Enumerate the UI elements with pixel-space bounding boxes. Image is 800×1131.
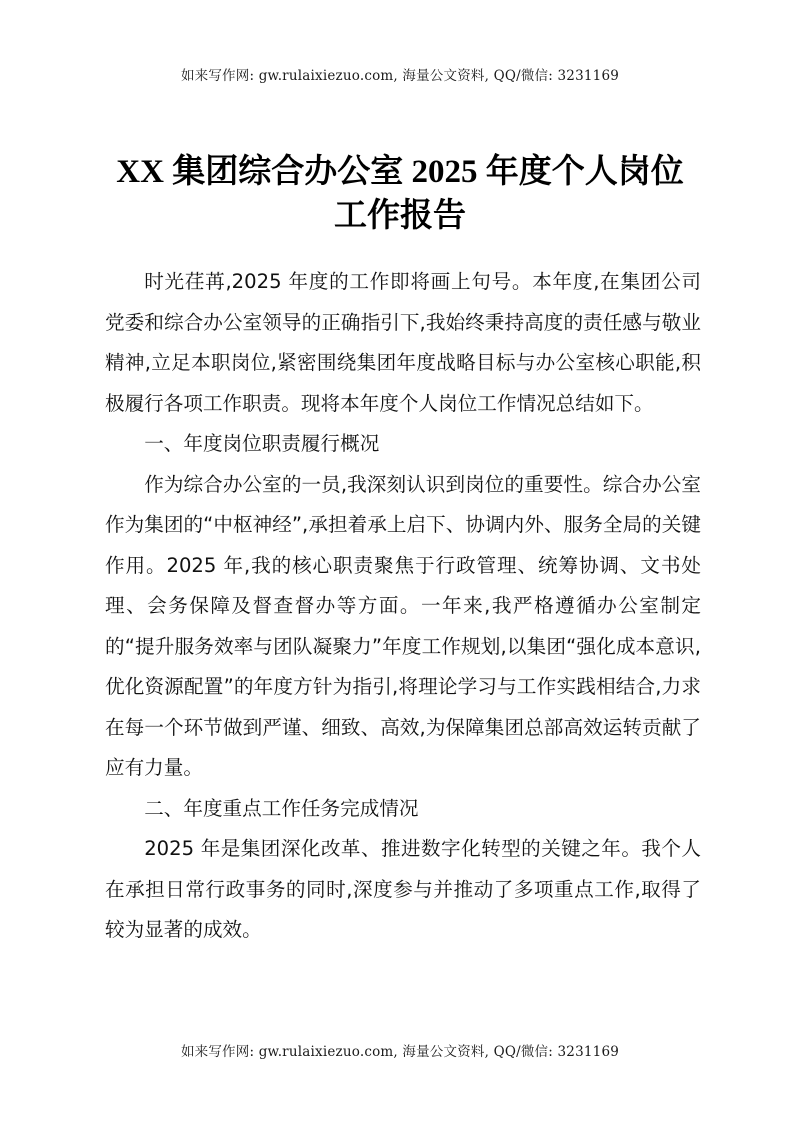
footer-watermark: 如来写作网: gw.rulaixiezuo.com, 海量公文资料, QQ/微信…: [0, 1040, 800, 1060]
section-1-paragraph: 作为综合办公室的一员,我深刻认识到岗位的重要性。综合办公室作为集团的“中枢神经”…: [105, 465, 701, 789]
document-title: XX 集团综合办公室 2025 年度个人岗位工作报告: [100, 150, 700, 238]
document-page: 如来写作网: gw.rulaixiezuo.com, 海量公文资料, QQ/微信…: [0, 0, 800, 1131]
intro-paragraph: 时光荏苒,2025 年度的工作即将画上句号。本年度,在集团公司党委和综合办公室领…: [105, 262, 701, 424]
section-heading-1: 一、年度岗位职责履行概况: [105, 424, 701, 465]
document-body: 时光荏苒,2025 年度的工作即将画上句号。本年度,在集团公司党委和综合办公室领…: [105, 262, 701, 951]
section-2-paragraph: 2025 年是集团深化改革、推进数字化转型的关键之年。我个人在承担日常行政事务的…: [105, 829, 701, 951]
section-heading-2: 二、年度重点工作任务完成情况: [105, 789, 701, 830]
header-watermark: 如来写作网: gw.rulaixiezuo.com, 海量公文资料, QQ/微信…: [0, 64, 800, 84]
